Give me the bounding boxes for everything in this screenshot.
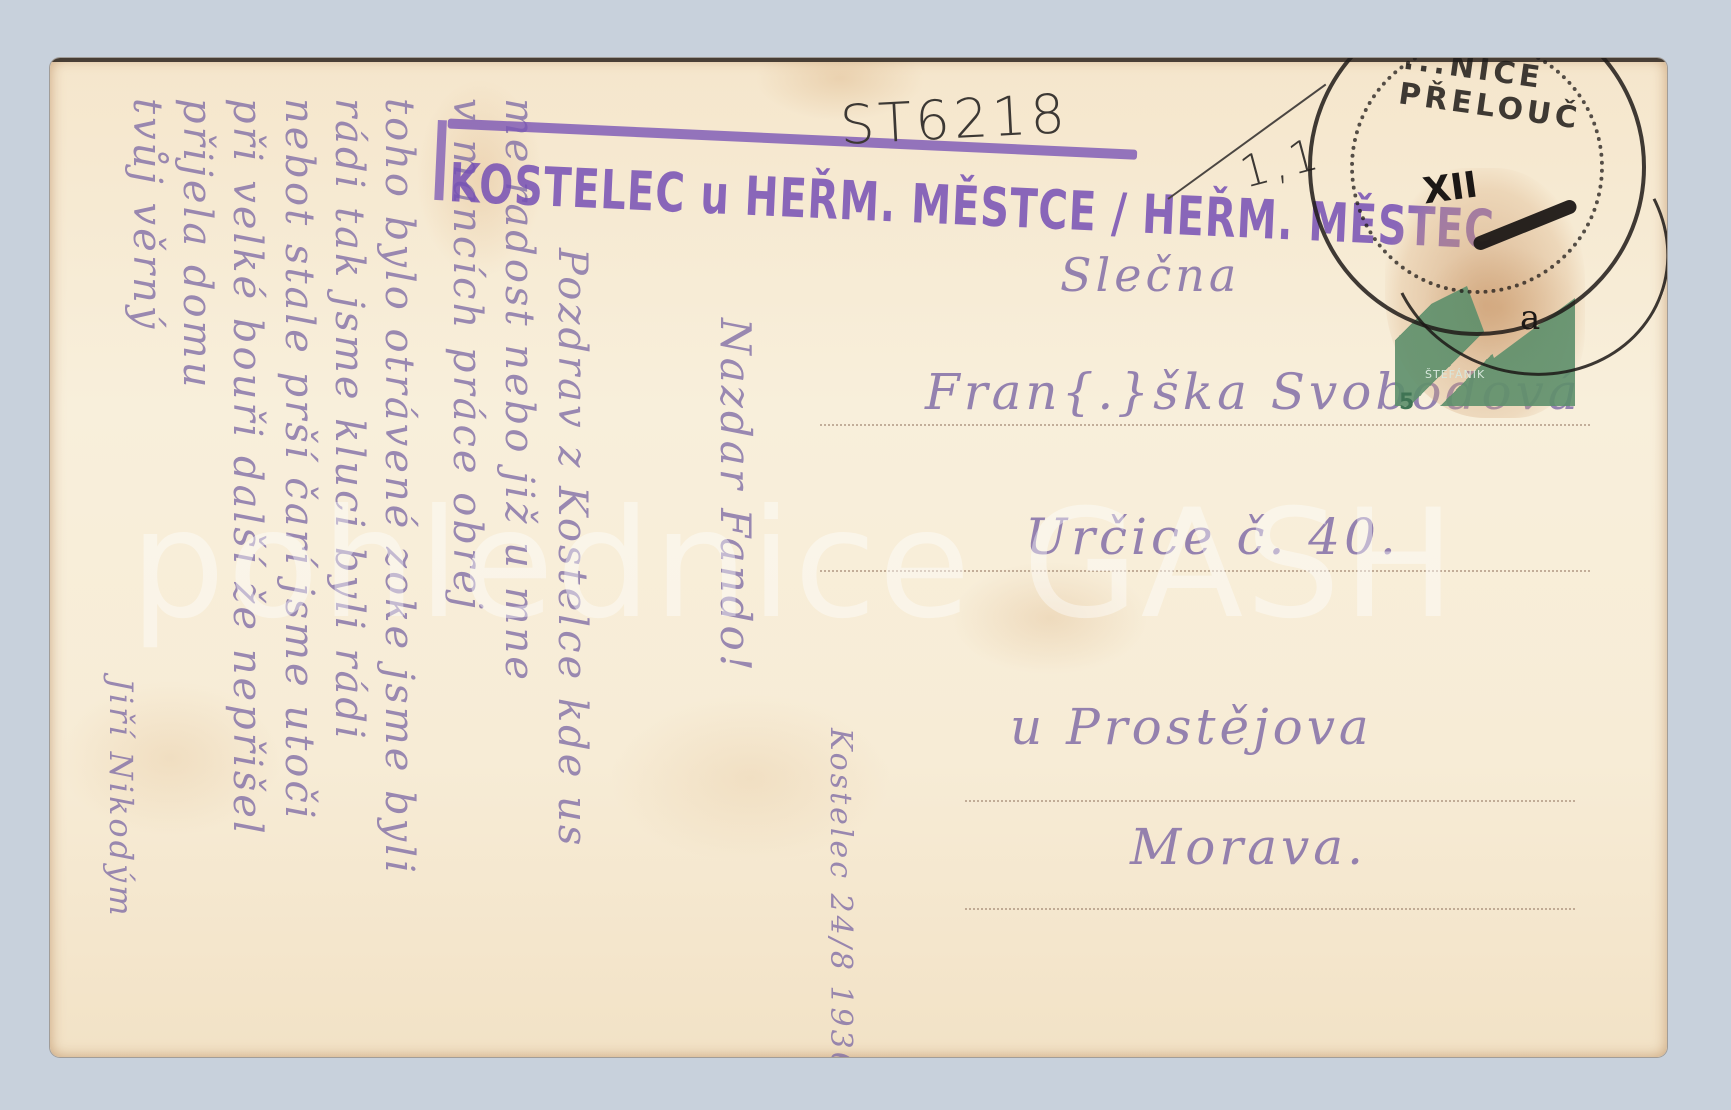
stamp-label: ŠTEFÁNIK	[1425, 368, 1485, 381]
message-date: Kostelec 24/8 1936	[823, 728, 858, 1057]
postcard: tvůj věrný přijela domu při velké bouři …	[50, 58, 1667, 1057]
catalog-number: ST6218	[839, 82, 1071, 157]
stamp-value: 5	[1399, 390, 1414, 415]
address-line-town: u Prostějova	[1010, 698, 1373, 756]
message-line: nebot stale prší čarí jsme utoči	[276, 98, 322, 822]
message-line: při velké bouři další že nepřišel	[224, 98, 270, 837]
message-line: tvůj věrný	[124, 98, 170, 331]
address-line-title: Slečna	[1060, 248, 1240, 302]
postmark-letter: a	[1520, 298, 1540, 338]
address-rule	[965, 800, 1575, 802]
address-rule	[965, 908, 1575, 910]
message-line: přijela domu	[174, 98, 220, 390]
address-rule	[820, 424, 1590, 426]
message-signature: Jiří Nikodým	[102, 678, 140, 919]
watermark: pohlednice GASH	[130, 478, 1457, 652]
rubber-stamp-frame-left	[434, 120, 447, 200]
address-line-region: Morava.	[1130, 818, 1367, 876]
